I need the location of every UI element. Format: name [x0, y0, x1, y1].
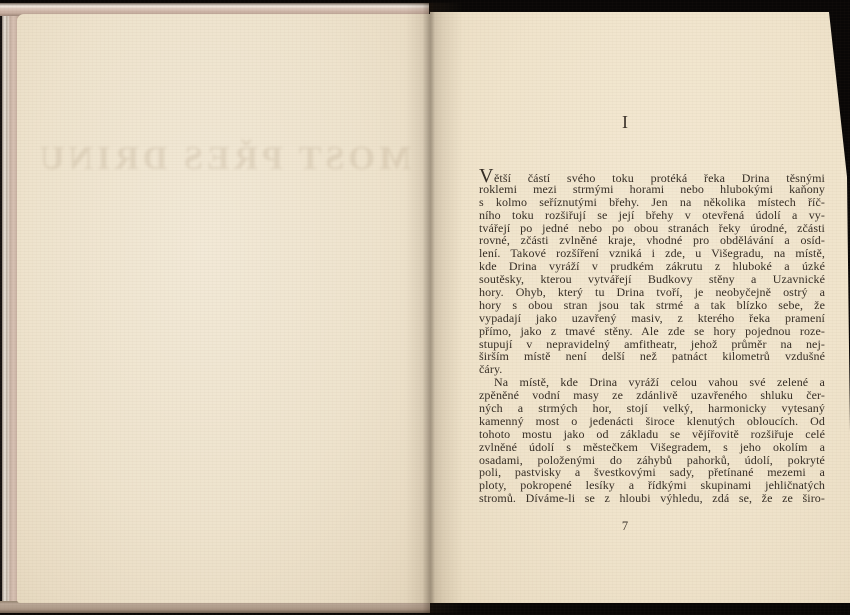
text-line: zvlněné údolí s městečkem Višegradem, s … [479, 441, 825, 454]
left-page-blank: MOST PŘES DRINU [17, 14, 430, 603]
text-line: ných a strmých hor, stojí velký, harmoni… [479, 402, 825, 415]
text-line: Větší částí svého toku protéká řeka Drin… [479, 170, 825, 183]
text-line: hory s obou stran jsou tak strmé a tak b… [479, 299, 825, 312]
chapter-heading: I [430, 112, 820, 133]
text-line: tohoto mostu jako od základu se vějířovi… [479, 428, 825, 441]
right-page: I Větší částí svého toku protéká řeka Dr… [430, 12, 850, 603]
book-scan-photo: MOST PŘES DRINU I Větší částí svého toku… [0, 0, 850, 615]
text-line: hory. Ohyb, který tu Drina tvoří, je neo… [479, 286, 825, 299]
text-line: stromů. Díváme-li se z hloubi výhledu, z… [479, 492, 825, 505]
text-line: s kolmo seříznutými břehy. Jen na několi… [479, 196, 825, 209]
text-line: roklemi mezi strmými horami nebo hluboký… [479, 183, 825, 196]
show-through-title-text: MOST PŘES DRINU [17, 140, 430, 178]
text-line: kamenný most o jedenácti široce klenutýc… [479, 415, 825, 428]
text-line: ního toku rozšiřují se její břehy v otev… [479, 209, 825, 222]
body-text-block: Větší částí svého toku protéká řeka Drin… [479, 170, 825, 505]
text-line: vypadají jako uzavřený masiv, z kterého … [479, 312, 825, 325]
text-line: přímo, jako z tmavé stěny. Ale zde se ho… [479, 325, 825, 338]
text-line: širším místě není delší než patnáct kilo… [479, 350, 825, 363]
page-number: 7 [430, 519, 820, 534]
